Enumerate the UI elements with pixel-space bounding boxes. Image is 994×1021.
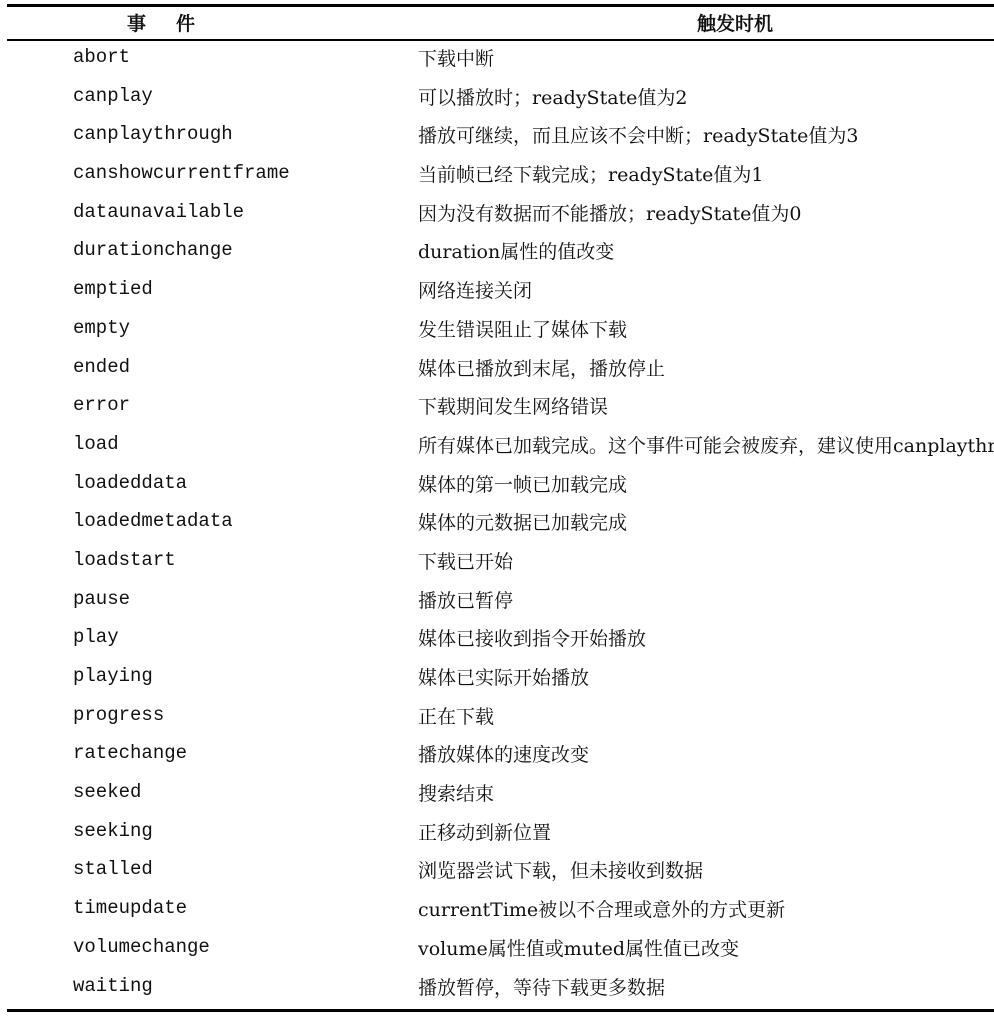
event-name: empty bbox=[73, 316, 130, 340]
event-name: canshowcurrentframe bbox=[73, 161, 290, 185]
event-trigger: 所有媒体已加载完成。这个事件可能会被废弃，建议使用canplaythrough bbox=[418, 434, 994, 458]
event-name: dataunavailable bbox=[73, 200, 244, 224]
table-row: canplaythrough播放可继续，而且应该不会中断；readyState值… bbox=[7, 119, 994, 158]
event-name: timeupdate bbox=[73, 896, 187, 920]
table-row: stalled浏览器尝试下载，但未接收到数据 bbox=[7, 854, 994, 893]
event-trigger: 浏览器尝试下载，但未接收到数据 bbox=[418, 859, 994, 883]
table-row: dataunavailable因为没有数据而不能播放；readyState值为0 bbox=[7, 197, 994, 236]
event-trigger: 播放媒体的速度改变 bbox=[418, 743, 994, 767]
table-row: loadeddata媒体的第一帧已加载完成 bbox=[7, 468, 994, 507]
table-row: abort下载中断 bbox=[7, 42, 994, 81]
event-trigger: 下载期间发生网络错误 bbox=[418, 395, 994, 419]
event-name: canplay bbox=[73, 84, 153, 108]
table-row: waiting播放暂停，等待下载更多数据 bbox=[7, 971, 994, 1010]
event-name: emptied bbox=[73, 277, 153, 301]
table-row: ended媒体已播放到末尾，播放停止 bbox=[7, 352, 994, 391]
table-row: canplay可以播放时；readyState值为2 bbox=[7, 81, 994, 120]
table-row: seeked搜索结束 bbox=[7, 777, 994, 816]
event-name: play bbox=[73, 625, 119, 649]
table-body: abort下载中断 canplay可以播放时；readyState值为2 can… bbox=[7, 42, 994, 1009]
event-name: ratechange bbox=[73, 741, 187, 765]
event-name: stalled bbox=[73, 857, 153, 881]
event-trigger: 媒体已播放到末尾，播放停止 bbox=[418, 357, 994, 381]
event-trigger: volume属性值或muted属性值已改变 bbox=[418, 937, 994, 961]
table-row: load所有媒体已加载完成。这个事件可能会被废弃，建议使用canplaythro… bbox=[7, 429, 994, 468]
table-row: error下载期间发生网络错误 bbox=[7, 390, 994, 429]
event-name: seeked bbox=[73, 780, 141, 804]
event-name: seeking bbox=[73, 819, 153, 843]
table-row: pause播放已暂停 bbox=[7, 584, 994, 623]
event-trigger: 媒体已接收到指令开始播放 bbox=[418, 627, 994, 651]
event-trigger: 网络连接关闭 bbox=[418, 279, 994, 303]
column-header-event: 事件 bbox=[127, 10, 225, 38]
event-name: error bbox=[73, 393, 130, 417]
event-name: loadstart bbox=[73, 548, 176, 572]
event-name: canplaythrough bbox=[73, 122, 233, 146]
table-row: volumechangevolume属性值或muted属性值已改变 bbox=[7, 932, 994, 971]
table-row: play媒体已接收到指令开始播放 bbox=[7, 622, 994, 661]
event-trigger: 搜索结束 bbox=[418, 782, 994, 806]
table-row: empty发生错误阻止了媒体下载 bbox=[7, 313, 994, 352]
column-header-trigger: 触发时机 bbox=[697, 10, 773, 38]
event-name: playing bbox=[73, 664, 153, 688]
header-divider-rule bbox=[7, 39, 994, 41]
event-trigger: 下载已开始 bbox=[418, 550, 994, 574]
event-name: loadeddata bbox=[73, 471, 187, 495]
table-row: playing媒体已实际开始播放 bbox=[7, 661, 994, 700]
table-row: emptied网络连接关闭 bbox=[7, 274, 994, 313]
event-trigger: 播放已暂停 bbox=[418, 589, 994, 613]
event-trigger: 当前帧已经下载完成；readyState值为1 bbox=[418, 163, 994, 187]
event-name: loadedmetadata bbox=[73, 509, 233, 533]
table-row: timeupdatecurrentTime被以不合理或意外的方式更新 bbox=[7, 893, 994, 932]
table-row: loadedmetadata媒体的元数据已加载完成 bbox=[7, 506, 994, 545]
event-name: volumechange bbox=[73, 935, 210, 959]
event-trigger: currentTime被以不合理或意外的方式更新 bbox=[418, 898, 994, 922]
table-row: loadstart下载已开始 bbox=[7, 545, 994, 584]
event-trigger: 播放暂停，等待下载更多数据 bbox=[418, 976, 994, 1000]
table-top-rule bbox=[7, 4, 994, 7]
event-name: pause bbox=[73, 587, 130, 611]
event-trigger: 发生错误阻止了媒体下载 bbox=[418, 318, 994, 342]
event-trigger: 下载中断 bbox=[418, 47, 994, 71]
table-row: ratechange播放媒体的速度改变 bbox=[7, 738, 994, 777]
event-trigger: 媒体的第一帧已加载完成 bbox=[418, 473, 994, 497]
event-trigger: 正在下载 bbox=[418, 705, 994, 729]
event-trigger: 可以播放时；readyState值为2 bbox=[418, 86, 994, 110]
event-trigger: 播放可继续，而且应该不会中断；readyState值为3 bbox=[418, 124, 994, 148]
table-row: progress正在下载 bbox=[7, 700, 994, 739]
table-row: seeking正移动到新位置 bbox=[7, 816, 994, 855]
event-name: load bbox=[73, 432, 119, 456]
event-trigger: duration属性的值改变 bbox=[418, 240, 994, 264]
event-name: progress bbox=[73, 703, 164, 727]
table-row: canshowcurrentframe当前帧已经下载完成；readyState值… bbox=[7, 158, 994, 197]
event-trigger: 媒体的元数据已加载完成 bbox=[418, 511, 994, 535]
event-name: abort bbox=[73, 45, 130, 69]
event-trigger: 媒体已实际开始播放 bbox=[418, 666, 994, 690]
event-name: durationchange bbox=[73, 238, 233, 262]
event-trigger: 因为没有数据而不能播放；readyState值为0 bbox=[418, 202, 994, 226]
table-bottom-rule bbox=[7, 1009, 994, 1012]
event-name: ended bbox=[73, 355, 130, 379]
event-name: waiting bbox=[73, 974, 153, 998]
event-trigger: 正移动到新位置 bbox=[418, 821, 994, 845]
table-row: durationchangeduration属性的值改变 bbox=[7, 235, 994, 274]
